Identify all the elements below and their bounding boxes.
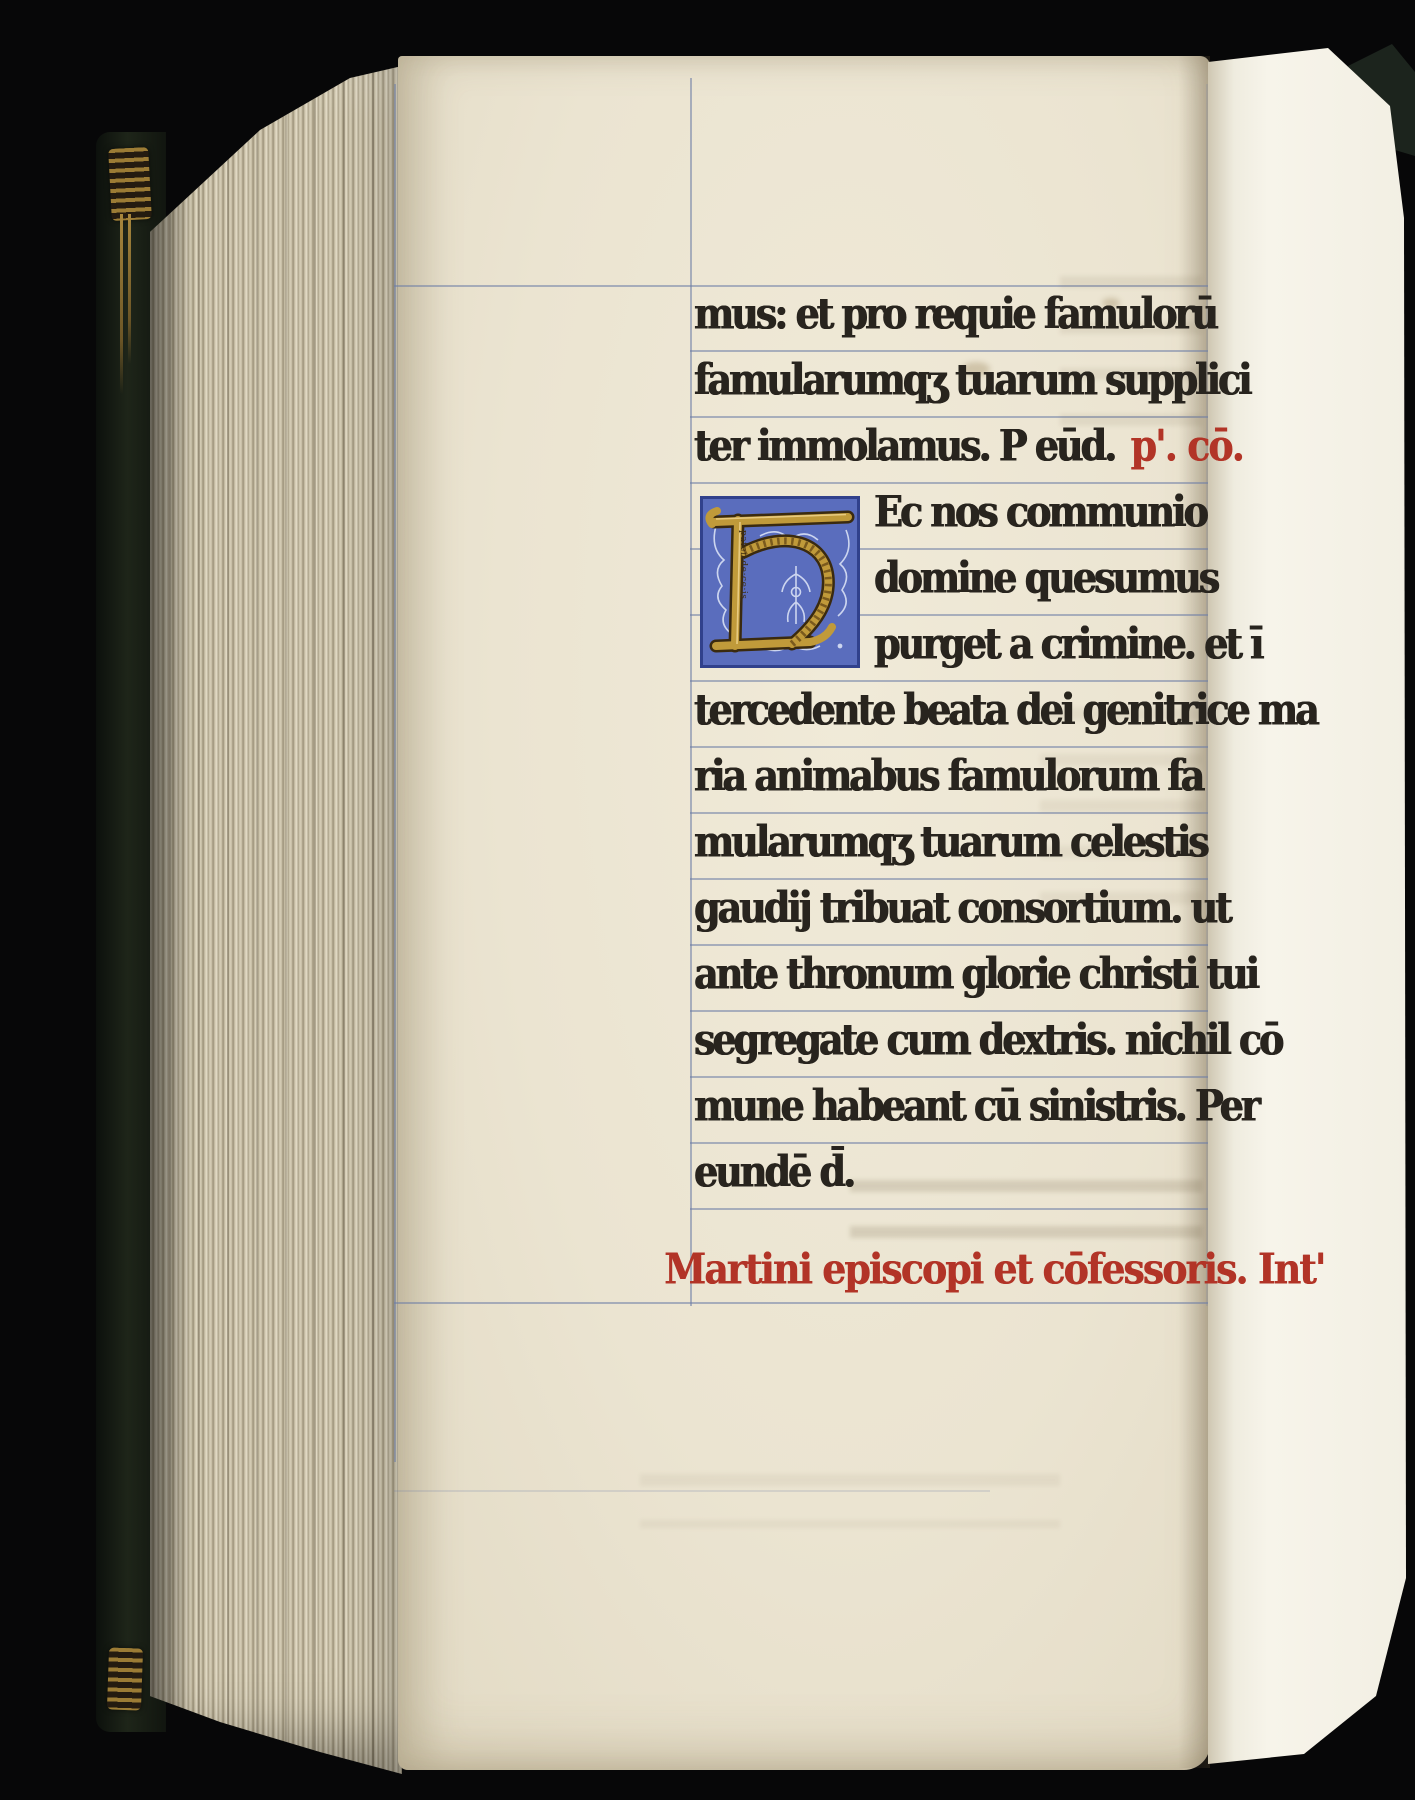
ruling-line xyxy=(690,680,1208,682)
manuscript-line: ter immolamus. P eūd.p'. cō. xyxy=(694,420,1243,470)
page-stack-fore-edge xyxy=(140,60,402,1780)
illuminated-initial-art: pater:de:ce:is xyxy=(700,496,860,668)
facing-page-edge xyxy=(1208,48,1408,1770)
initial-microtext: pater:de:ce:is xyxy=(738,530,748,599)
manuscript-line: tercedente beata dei genitrice ma xyxy=(694,684,1317,734)
manuscript-line: ria animabus famulorum fa xyxy=(694,750,1202,800)
gold-pinstripe xyxy=(128,214,131,364)
gilt-endband-bottom xyxy=(107,1647,143,1710)
manuscript-line-text: ter immolamus. P eūd. xyxy=(694,420,1114,470)
ruling-vertical-outer xyxy=(394,84,396,1462)
manuscript-photo: pater:de:ce:is mus: et pro requie famulo… xyxy=(0,0,1415,1800)
gilt-endband-top xyxy=(108,147,152,221)
ruling-line xyxy=(690,1142,1208,1144)
ink-bleedthrough xyxy=(640,1466,1060,1528)
manuscript-line: domine quesumus xyxy=(874,552,1217,602)
rubric-heading: Martini episcopi et cōfessoris. Int' xyxy=(664,1244,1324,1294)
manuscript-line: mune habeant cū sinistris. Per xyxy=(694,1080,1258,1130)
gold-pinstripe xyxy=(120,214,123,394)
manuscript-line: purget a crimine. et ī xyxy=(874,618,1262,668)
manuscript-line: Ec nos communio xyxy=(874,486,1206,536)
ruling-line xyxy=(690,944,1208,946)
illuminated-initial: pater:de:ce:is xyxy=(700,496,860,668)
ruling-vertical-text-margin xyxy=(690,78,692,1306)
manuscript-line: gaudij tribuat consortium. ut xyxy=(694,882,1230,932)
manuscript-line: mularumqʒ tuarum celestis xyxy=(694,816,1207,866)
manuscript-line: eundē d̄. xyxy=(694,1146,853,1196)
manuscript-line: famularumqʒ tuarum supplici xyxy=(694,354,1250,404)
ink-bleedthrough xyxy=(850,1172,1202,1244)
manuscript-line: ante thronum glorie christi tui xyxy=(694,948,1257,998)
ruling-line xyxy=(690,482,1208,484)
ruling-bottom-boundary xyxy=(394,1302,1208,1304)
manuscript-line: mus: et pro requie famulorū xyxy=(694,288,1216,338)
manuscript-line: segregate cum dextris. nichil cō xyxy=(694,1014,1281,1064)
ruling-line xyxy=(690,1076,1208,1078)
ruling-line xyxy=(690,1010,1208,1012)
inline-rubric: p'. cō. xyxy=(1130,420,1242,470)
